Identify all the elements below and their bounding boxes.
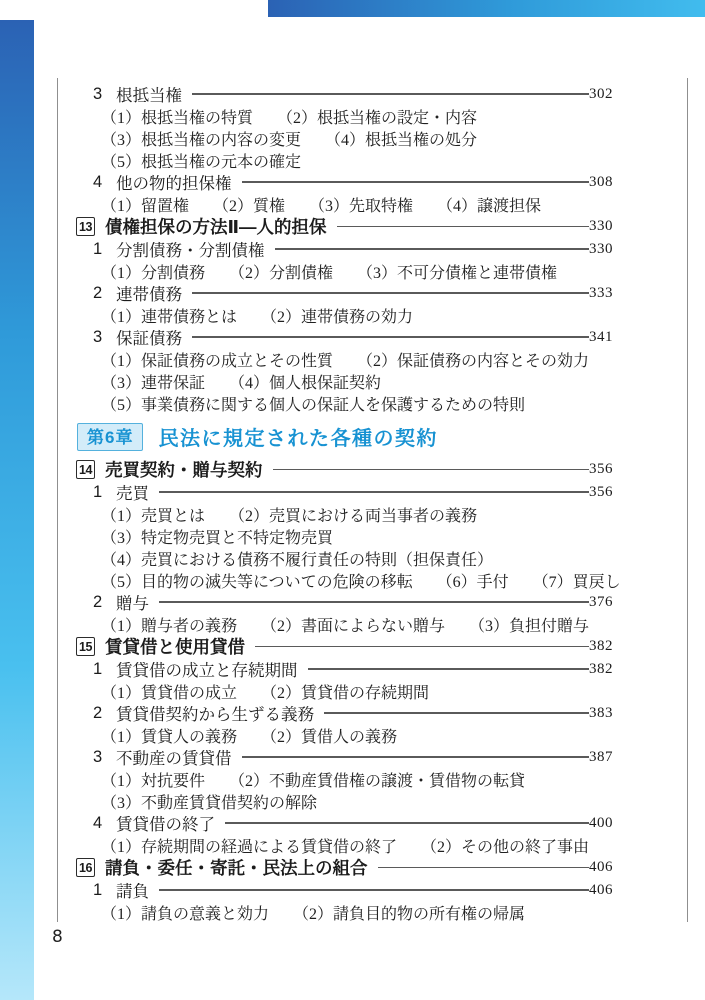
toc-row-detail: （1）賃貸借の成立 （2）賃貸借の存続期間 <box>76 680 613 702</box>
toc-row-section: 1 売買 356 <box>76 481 613 503</box>
detail-items: （4）売買における債務不履行責任の特則（担保責任） <box>101 547 493 570</box>
page-number: 330 <box>589 218 613 235</box>
chapter-title: 売買契約・贈与契約 <box>105 457 263 482</box>
section-title: 賃貸借契約から生ずる義務 <box>116 701 314 725</box>
toc-row-detail: （1）売買とは （2）売買における両当事者の義務 <box>76 503 613 525</box>
section-number: 2 <box>93 593 116 612</box>
toc-row-section: 1 請負 406 <box>76 879 613 901</box>
leader-line <box>159 889 589 890</box>
page-number: 382 <box>589 661 613 678</box>
detail-items: （3）不動産賃貸借契約の解除 <box>101 790 317 813</box>
section-number: 1 <box>93 660 116 679</box>
toc-rows: 3 根抵当権 302 （1）根抵当権の特質 （2）根抵当権の設定・内容 （3）根… <box>58 78 687 923</box>
section-number: 1 <box>93 483 116 502</box>
toc-row-chapter: 14 売買契約・贈与契約 356 <box>76 458 613 481</box>
detail-items: （1）分割債務 （2）分割債権 （3）不可分債権と連帯債権 <box>101 260 557 283</box>
toc-row-detail: （5）事業債務に関する個人の保証人を保護するための特則 <box>76 392 613 414</box>
toc-row-chapter: 15 賃貸借と使用貸借 382 <box>76 635 613 658</box>
detail-items: （5）根抵当権の元本の確定 <box>101 149 301 172</box>
detail-items: （1）贈与者の義務 （2）書面によらない贈与 （3）負担付贈与 <box>101 613 589 636</box>
leader-line <box>159 601 589 602</box>
book-toc-page: { "page": { "folio": "8" }, "accents": {… <box>0 0 705 1000</box>
toc-row-detail: （1）保証債務の成立とその性質 （2）保証債務の内容とその効力 <box>76 348 613 370</box>
leader-line <box>273 469 590 470</box>
detail-items: （5）目的物の滅失等についての危険の移転 （6）手付 （7）買戻し <box>101 569 621 592</box>
leader-line <box>192 336 589 337</box>
section-title: 根抵当権 <box>116 82 182 106</box>
section-title: 請負 <box>116 878 149 902</box>
toc-row-detail: （4）売買における債務不履行責任の特則（担保責任） <box>76 547 613 569</box>
toc-row-detail: （1）分割債務 （2）分割債権 （3）不可分債権と連帯債権 <box>76 260 613 282</box>
toc-row-section: 3 保証債務 341 <box>76 326 613 348</box>
page-number: 383 <box>589 705 613 722</box>
section-title: 賃貸借の終了 <box>116 811 215 835</box>
section-number: 1 <box>93 881 116 900</box>
toc-row-chapter: 13 債権担保の方法Ⅱ—人的担保 330 <box>76 215 613 238</box>
toc-row-detail: （1）対抗要件 （2）不動産賃借権の譲渡・賃借物の転貸 <box>76 768 613 790</box>
section-number: 2 <box>93 704 116 723</box>
section-number: 1 <box>93 240 116 259</box>
detail-items: （1）留置権 （2）質権 （3）先取特権 （4）譲渡担保 <box>101 193 541 216</box>
section-title: 保証債務 <box>116 325 182 349</box>
leader-line <box>324 712 589 713</box>
toc-row-detail: （1）請負の意義と効力 （2）請負目的物の所有権の帰属 <box>76 901 613 923</box>
leader-line <box>225 822 589 823</box>
chapter-number-badge: 13 <box>76 217 95 236</box>
toc-row-detail: （1）賃貸人の義務 （2）賃借人の義務 <box>76 724 613 746</box>
chapter-heading: 第6章 民法に規定された各種の契約 <box>76 421 613 452</box>
section-title: 贈与 <box>116 590 149 614</box>
chapter-number-badge: 14 <box>76 460 95 479</box>
toc-row-section: 2 賃貸借契約から生ずる義務 383 <box>76 702 613 724</box>
toc-row-section: 1 賃貸借の成立と存続期間 382 <box>76 658 613 680</box>
page-edge-left-bar <box>0 20 34 1000</box>
page-number: 382 <box>589 638 613 655</box>
detail-items: （1）対抗要件 （2）不動産賃借権の譲渡・賃借物の転貸 <box>101 768 525 791</box>
toc-row-detail: （3）特定物売買と不特定物売買 <box>76 525 613 547</box>
toc-row-section: 3 不動産の賃貸借 387 <box>76 746 613 768</box>
page-number: 308 <box>589 174 613 191</box>
leader-line <box>242 181 590 182</box>
leader-line <box>242 756 590 757</box>
detail-items: （1）賃貸借の成立 （2）賃貸借の存続期間 <box>101 680 429 703</box>
chapter-heading-badge: 第6章 <box>77 423 143 451</box>
page-number: 406 <box>589 882 613 899</box>
page-number: 341 <box>589 329 613 346</box>
detail-items: （3）連帯保証 （4）個人根保証契約 <box>101 370 381 393</box>
page-number: 302 <box>589 86 613 103</box>
toc-row-section: 3 根抵当権 302 <box>76 83 613 105</box>
toc-row-detail: （1）留置権 （2）質権 （3）先取特権 （4）譲渡担保 <box>76 193 613 215</box>
detail-items: （1）売買とは （2）売買における両当事者の義務 <box>101 503 477 526</box>
section-number: 4 <box>93 814 116 833</box>
section-title: 不動産の賃貸借 <box>116 745 232 769</box>
section-title: 賃貸借の成立と存続期間 <box>116 657 298 681</box>
page-number: 356 <box>589 484 613 501</box>
chapter-title: 賃貸借と使用貸借 <box>105 634 245 659</box>
detail-items: （3）根抵当権の内容の変更 （4）根抵当権の処分 <box>101 127 477 150</box>
page-number: 376 <box>589 594 613 611</box>
page-edge-top-bar <box>268 0 705 17</box>
folio-page-number: 8 <box>52 927 63 947</box>
detail-items: （1）根抵当権の特質 （2）根抵当権の設定・内容 <box>101 105 477 128</box>
toc-row-section: 4 賃貸借の終了 400 <box>76 812 613 834</box>
page-number: 356 <box>589 461 613 478</box>
detail-items: （1）連帯債務とは （2）連帯債務の効力 <box>101 304 413 327</box>
toc-row-section: 4 他の物的担保権 308 <box>76 171 613 193</box>
detail-items: （1）賃貸人の義務 （2）賃借人の義務 <box>101 724 397 747</box>
toc-row-detail: （1）根抵当権の特質 （2）根抵当権の設定・内容 <box>76 105 613 127</box>
toc-row-section: 1 分割債務・分割債権 330 <box>76 238 613 260</box>
leader-line <box>378 867 590 868</box>
section-number: 3 <box>93 328 116 347</box>
detail-items: （3）特定物売買と不特定物売買 <box>101 525 333 548</box>
page-number: 400 <box>589 815 613 832</box>
section-number: 2 <box>93 284 116 303</box>
toc-row-detail: （1）存続期間の経過による賃貸借の終了 （2）その他の終了事由 <box>76 834 613 856</box>
toc-row-detail: （3）連帯保証 （4）個人根保証契約 <box>76 370 613 392</box>
toc-row-detail: （5）根抵当権の元本の確定 <box>76 149 613 171</box>
page-number: 406 <box>589 859 613 876</box>
section-title: 他の物的担保権 <box>116 170 232 194</box>
detail-items: （5）事業債務に関する個人の保証人を保護するための特則 <box>101 392 525 415</box>
leader-line <box>159 491 589 492</box>
page-number: 330 <box>589 241 613 258</box>
leader-line <box>192 292 589 293</box>
toc-row-detail: （1）連帯債務とは （2）連帯債務の効力 <box>76 304 613 326</box>
chapter-heading-title: 民法に規定された各種の契約 <box>158 422 438 451</box>
toc-row-detail: （1）贈与者の義務 （2）書面によらない贈与 （3）負担付贈与 <box>76 613 613 635</box>
toc-row-detail: （5）目的物の滅失等についての危険の移転 （6）手付 （7）買戻し <box>76 569 613 591</box>
leader-line <box>275 248 590 249</box>
section-number: 3 <box>93 748 116 767</box>
toc-row-detail: （3）根抵当権の内容の変更 （4）根抵当権の処分 <box>76 127 613 149</box>
chapter-title: 請負・委任・寄託・民法上の組合 <box>105 855 368 880</box>
section-title: 連帯債務 <box>116 281 182 305</box>
toc-row-chapter: 16 請負・委任・寄託・民法上の組合 406 <box>76 856 613 879</box>
page-number: 333 <box>589 285 613 302</box>
chapter-number-badge: 16 <box>76 858 95 877</box>
section-number: 3 <box>93 85 116 104</box>
leader-line <box>255 646 589 647</box>
section-title: 分割債務・分割債権 <box>116 237 265 261</box>
page-number: 387 <box>589 749 613 766</box>
section-title: 売買 <box>116 480 149 504</box>
leader-line <box>192 93 589 94</box>
chapter-number-badge: 15 <box>76 637 95 656</box>
detail-items: （1）存続期間の経過による賃貸借の終了 （2）その他の終了事由 <box>101 834 589 857</box>
leader-line <box>308 668 590 669</box>
toc-row-section: 2 連帯債務 333 <box>76 282 613 304</box>
detail-items: （1）保証債務の成立とその性質 （2）保証債務の内容とその効力 <box>101 348 589 371</box>
chapter-title: 債権担保の方法Ⅱ—人的担保 <box>105 214 327 239</box>
toc-frame: 3 根抵当権 302 （1）根抵当権の特質 （2）根抵当権の設定・内容 （3）根… <box>57 78 688 922</box>
detail-items: （1）請負の意義と効力 （2）請負目的物の所有権の帰属 <box>101 901 525 924</box>
section-number: 4 <box>93 173 116 192</box>
leader-line <box>337 226 589 227</box>
toc-row-detail: （3）不動産賃貸借契約の解除 <box>76 790 613 812</box>
toc-row-section: 2 贈与 376 <box>76 591 613 613</box>
